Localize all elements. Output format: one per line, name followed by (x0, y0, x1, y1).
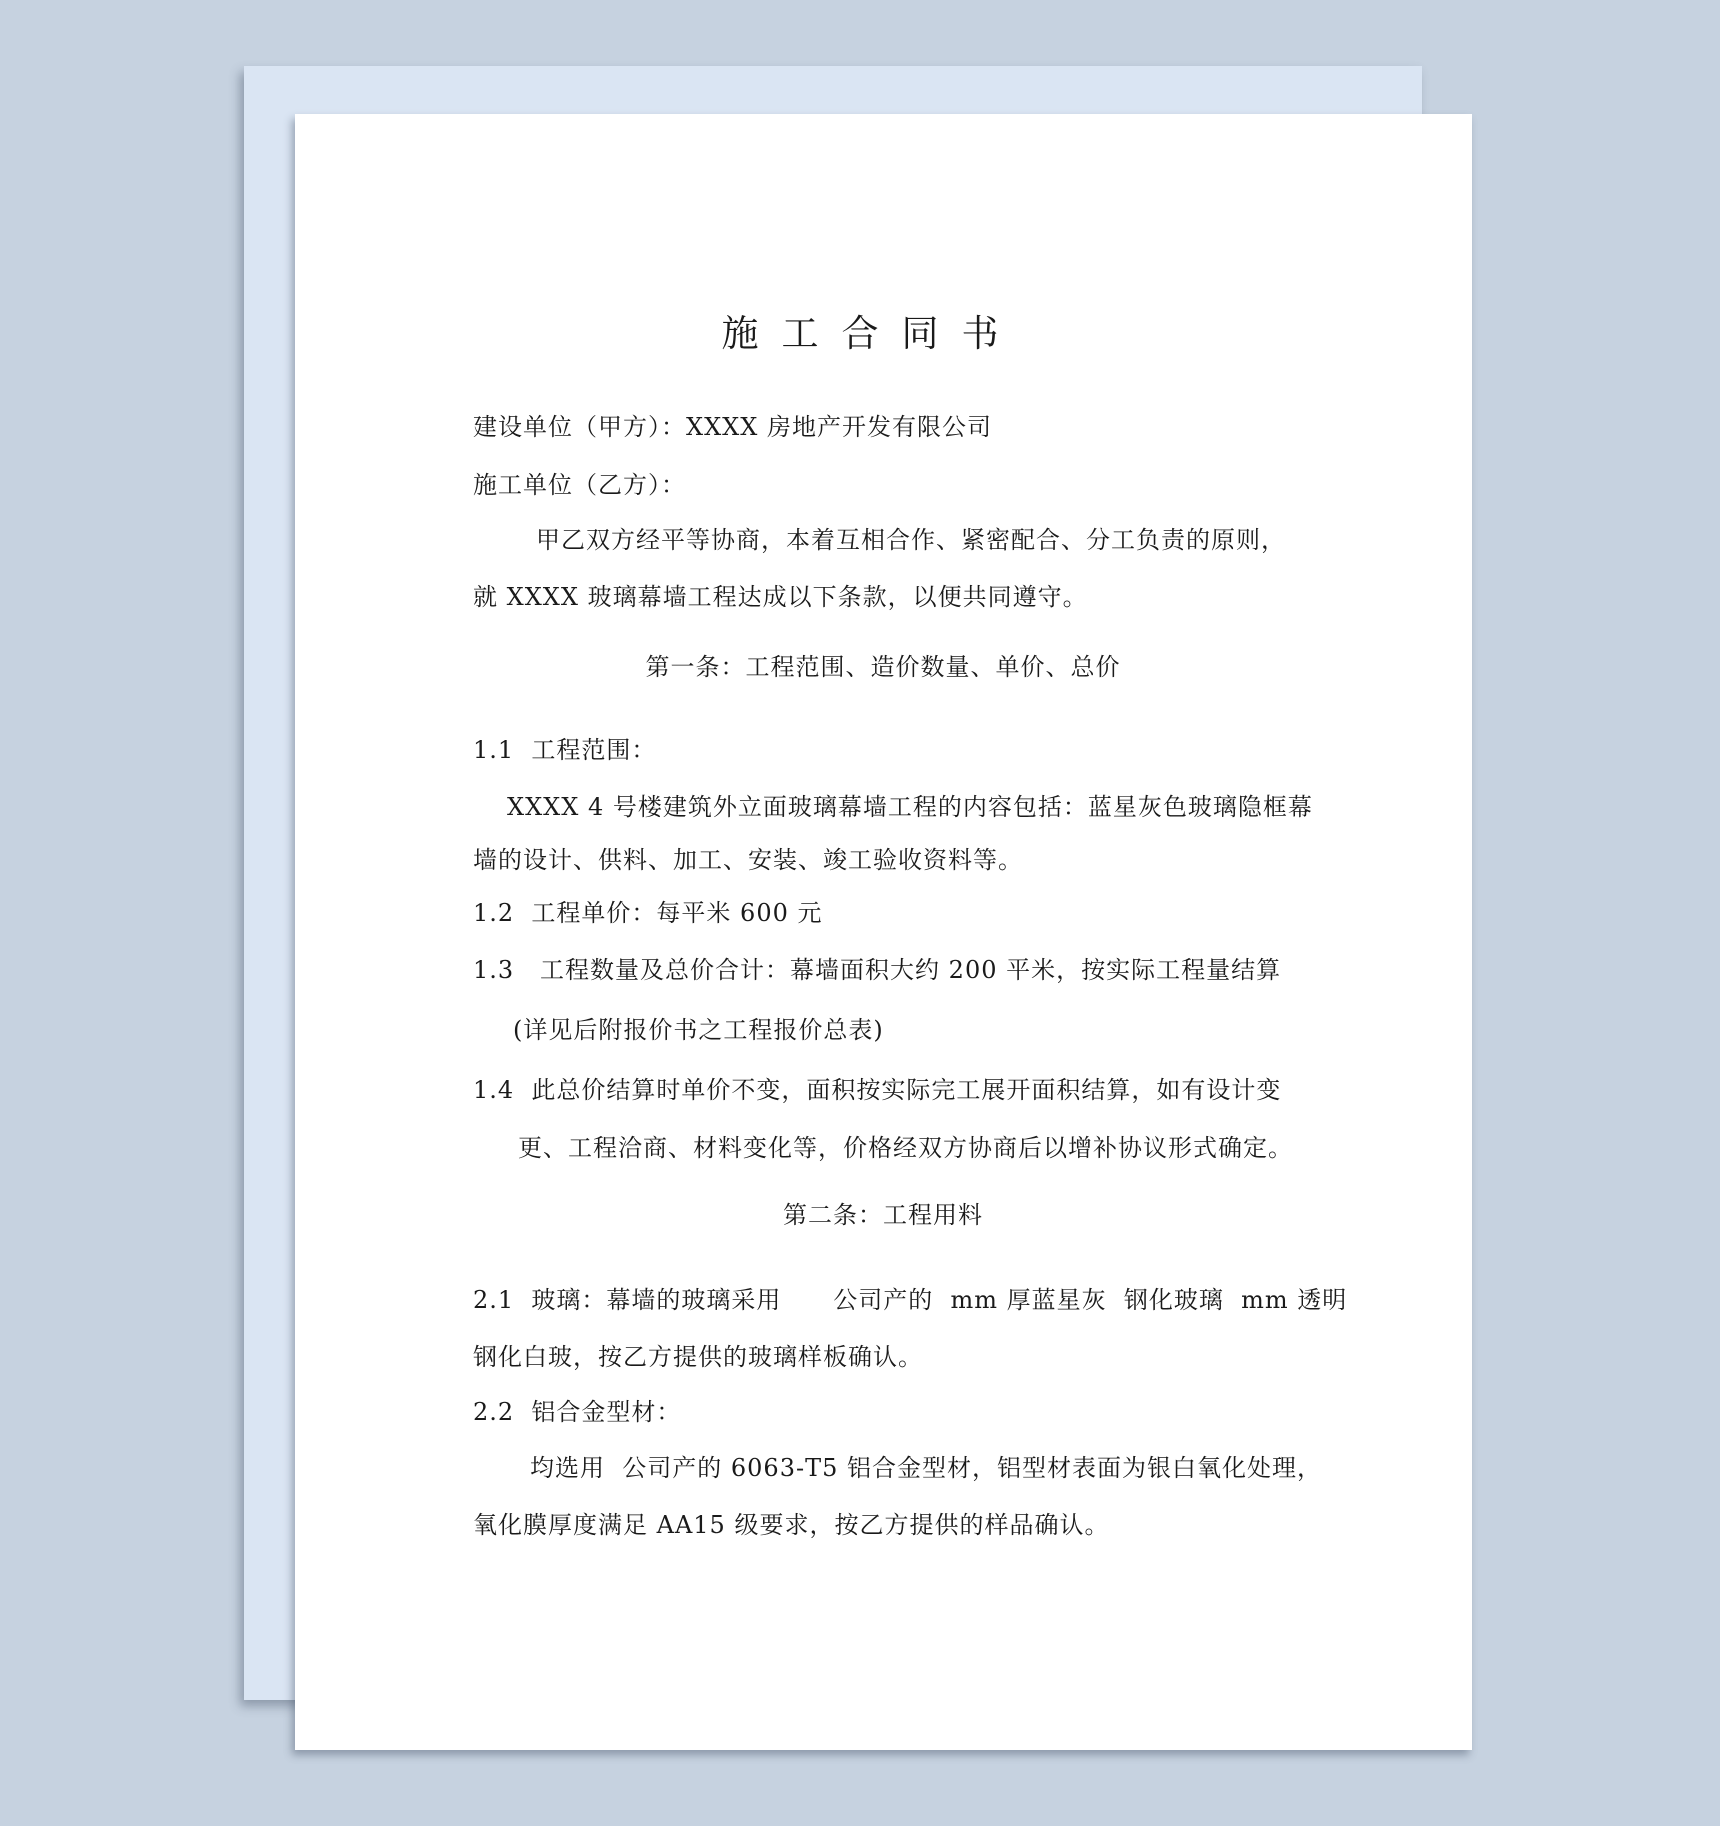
front-page-sheet (295, 114, 1472, 1750)
clause-1-1-body-1: XXXX 4 号楼建筑外立面玻璃幕墙工程的内容包括：蓝星灰色玻璃隐框幕 (507, 792, 1313, 822)
clause-2-1: 2.1 玻璃：幕墙的玻璃采用 公司产的 mm 厚蓝星灰 钢化玻璃 mm 透明 (473, 1285, 1347, 1315)
article-2-heading: 第二条：工程用料 (0, 1200, 1720, 1230)
clause-2-1-cont: 钢化白玻，按乙方提供的玻璃样板确认。 (473, 1342, 923, 1372)
clause-1-1-body-2: 墙的设计、供料、加工、安装、竣工验收资料等。 (473, 845, 1023, 875)
clause-1-3-note: (详见后附报价书之工程报价总表) (513, 1015, 884, 1045)
clause-2-2-body-1: 均选用 公司产的 6063-T5 铝合金型材，铝型材表面为银白氧化处理， (530, 1453, 1322, 1483)
party-b-line: 施工单位（乙方）： (473, 470, 686, 500)
clause-1-3: 1.3 工程数量及总价合计：幕墙面积大约 200 平米，按实际工程量结算 (473, 955, 1281, 985)
clause-2-2-body-2: 氧化膜厚度满足 AA15 级要求，按乙方提供的样品确认。 (473, 1510, 1109, 1540)
clause-1-2: 1.2 工程单价：每平米 600 元 (473, 898, 823, 928)
party-a-line: 建设单位（甲方）：XXXX 房地产开发有限公司 (473, 412, 992, 442)
clause-2-2: 2.2 铝合金型材： (473, 1397, 681, 1427)
clause-1-4-cont: 更、工程洽商、材料变化等，价格经双方协商后以增补协议形式确定。 (518, 1133, 1293, 1163)
clause-1-1: 1.1 工程范围： (473, 735, 656, 765)
preamble-line-2: 就 XXXX 玻璃幕墙工程达成以下条款，以便共同遵守。 (473, 582, 1088, 612)
clause-1-4: 1.4 此总价结算时单价不变，面积按实际完工展开面积结算，如有设计变 (473, 1075, 1281, 1105)
article-1-heading: 第一条：工程范围、造价数量、单价、总价 (0, 652, 1720, 682)
preamble-line-1: 甲乙双方经平等协商，本着互相合作、紧密配合、分工负责的原则， (536, 525, 1286, 555)
document-title: 施工合同书 (0, 312, 1720, 356)
